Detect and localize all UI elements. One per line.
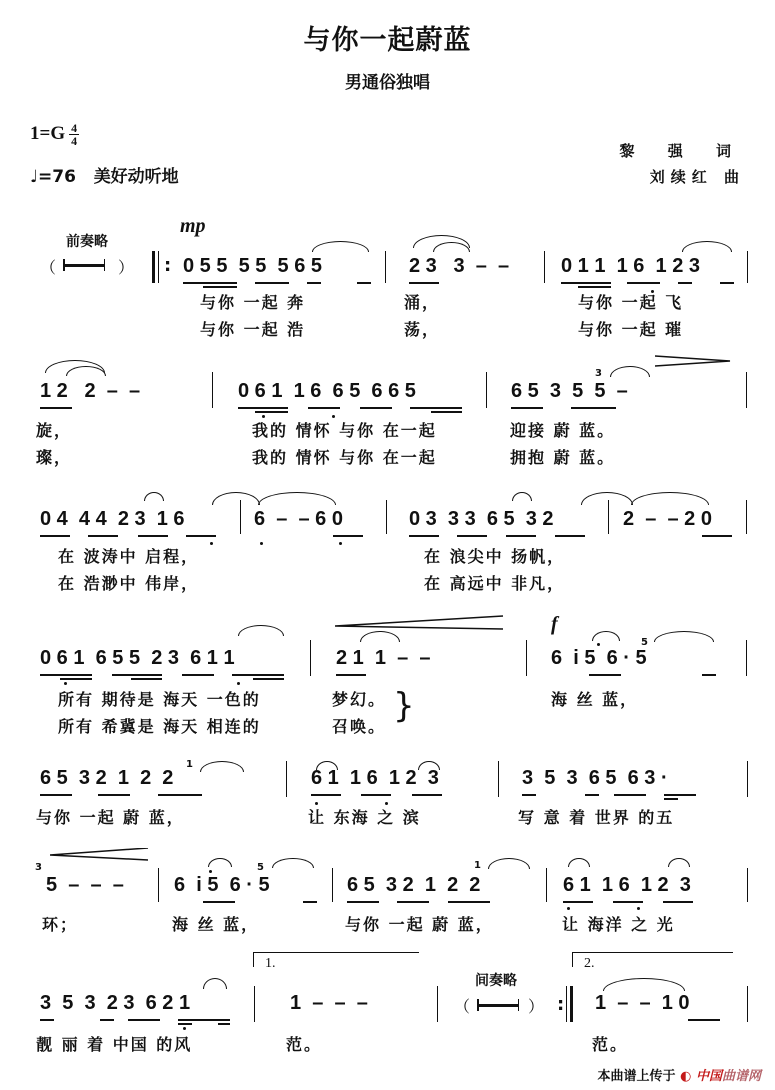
grace-note: 5: [641, 637, 648, 648]
score-row-6: 3 5 – – – 6 i 5 6 · 5 5 6 5 3 2 1 2 2 1 …: [0, 848, 775, 943]
score-row-5: 6 5 3 2 1 2 2 1 6 1 1 6 1 2 3 3 5 3 6 5 …: [0, 745, 775, 845]
lyrics-verse1: 与你 一起 飞: [578, 290, 683, 313]
watermark-text: 本曲谱上传于: [598, 1069, 676, 1084]
grace-note: 3: [595, 368, 602, 379]
lyrics-verse2: 在 浩渺中 伟岸，: [58, 571, 199, 594]
lyrics-verse2: 在 高远中 非凡，: [424, 571, 565, 594]
lyrics-verse1: 海 丝 蓝，: [551, 687, 638, 710]
song-title: 与你一起蔚蓝: [0, 18, 775, 57]
brand-a: 中国: [696, 1069, 722, 1084]
lyrics-verse1: 与你 一起 奔: [200, 290, 305, 313]
lyrics: 环；: [42, 912, 78, 935]
lyrics-verse2: 召唤。: [332, 714, 386, 737]
lyrics-verse1: 迎接 蔚 蓝。: [510, 418, 615, 441]
lyrics-verse2: 与你 一起 璀: [578, 317, 683, 340]
repeat-end-barline: [566, 986, 567, 1022]
measure-4: 1 2 2 – –: [40, 380, 140, 403]
measure-9: 0 3 3 3 6 5 3 2: [409, 508, 554, 531]
lyrics: 范。: [592, 1032, 628, 1055]
measure-10: 2 – – 2 0: [623, 508, 712, 531]
lyrics: 海 丝 蓝，: [172, 912, 259, 935]
measure-23: 1 – – 1 0: [595, 992, 690, 1015]
lyrics: 与你 一起 蔚 蓝，: [36, 805, 185, 828]
measure-7: 0 4 4 4 2 3 1 6: [40, 508, 185, 531]
measure-14: 6 5 3 2 1 2 2: [40, 767, 173, 790]
composer-credit: 刘续红 曲: [650, 166, 745, 187]
measure-19: 6 5 3 2 1 2 2: [347, 874, 480, 897]
measure-1: 0 5 5 5 5 5 6 5: [183, 255, 322, 278]
volta-2-bracket: [572, 952, 733, 967]
prelude-rest: （: [40, 255, 56, 278]
measure-13: 6 i 5 6 · 5: [551, 647, 647, 670]
measure-17: 5 – – –: [46, 874, 124, 897]
crescendo-hairpin: [50, 848, 150, 864]
song-subtitle: 男通俗独唱: [0, 68, 775, 93]
lyrics-verse2: 璨，: [36, 445, 72, 468]
time-signature: 44: [69, 122, 79, 147]
interlude-bar-icon: [477, 1004, 519, 1007]
volta-2-label: 2.: [584, 956, 595, 972]
lyrics: 让 东海 之 滨: [308, 805, 421, 828]
lyrics: 让 海洋 之 光: [562, 912, 675, 935]
lyrics: 靓 丽 着 中国 的风: [36, 1032, 192, 1055]
lyrics-verse2: 所有 希冀是 海天 相连的: [58, 714, 261, 737]
score-row-7: 1. 2. 3 5 3 2 3 6 2 1 1 – – – 间奏略 （ ） : …: [0, 948, 775, 1058]
measure-5: 0 6 1 1 6 6 5 6 6 5: [238, 380, 416, 403]
verse-brace: }: [393, 687, 415, 725]
measure-3: 0 1 1 1 6 1 2 3: [561, 255, 700, 278]
volta-1-label: 1.: [265, 956, 276, 972]
dynamic-mp: mp: [180, 215, 206, 238]
decrescendo-hairpin: [655, 355, 735, 369]
prelude-label: 前奏略: [66, 231, 108, 251]
source-watermark: 本曲谱上传于 ◐ 中国曲谱网: [598, 1065, 761, 1084]
repeat-start-barline: [152, 251, 155, 283]
measure-15: 6 1 1 6 1 2 3: [311, 767, 439, 790]
lyrics-verse2: 与你 一起 浩: [200, 317, 305, 340]
measure-12: 2 1 1 – –: [336, 647, 431, 670]
measure-8: 6 – – 6 0: [254, 508, 343, 531]
brand-b: 曲谱网: [722, 1069, 761, 1084]
measure-18: 6 i 5 6 · 5: [174, 874, 270, 897]
measure-11: 0 6 1 6 5 5 2 3 6 1 1: [40, 647, 235, 670]
measure-21: 3 5 3 2 3 6 2 1: [40, 992, 190, 1015]
grace-note: 1: [186, 759, 193, 770]
measure-2: 2 3 3 – –: [409, 255, 509, 278]
lyrics: 写 意 着 世界 的五: [518, 805, 674, 828]
lyrics-verse2: 我的 情怀 与你 在一起: [252, 445, 437, 468]
lyrics-verse1: 旋，: [36, 418, 72, 441]
measure-22: 1 – – –: [290, 992, 368, 1015]
lyrics-verse1: 所有 期待是 海天 一色的: [58, 687, 261, 710]
lyrics: 与你 一起 蔚 蓝，: [345, 912, 494, 935]
lyricist-credit: 黎 强 词: [620, 140, 745, 161]
expression-text: 美好动听地: [94, 167, 179, 187]
lyrics-verse1: 在 波涛中 启程，: [58, 544, 199, 567]
lyrics-verse1: 涌，: [404, 290, 440, 313]
lyrics-verse1: 在 浪尖中 扬帆，: [424, 544, 565, 567]
lyrics-verse2: 拥抱 蔚 蓝。: [510, 445, 615, 468]
crescendo-hairpin: [335, 615, 505, 631]
key-signature: 1=G44: [30, 122, 79, 147]
lyrics-verse1: 我的 情怀 与你 在一起: [252, 418, 437, 441]
dynamic-f: f: [551, 613, 558, 636]
key-label: 1=G: [30, 123, 65, 144]
volta-1-bracket: [253, 952, 419, 967]
score-row-4: 0 6 1 6 5 5 2 3 6 1 1 2 1 1 – – f 6 i 5 …: [0, 605, 775, 740]
repeat-dots: :: [164, 255, 171, 276]
repeat-dots: :: [557, 994, 564, 1015]
lyrics-verse1: 梦幻。: [332, 687, 386, 710]
lyrics: 范。: [286, 1032, 322, 1055]
tempo-value: ♩=76: [30, 167, 76, 187]
tempo-marking: ♩=76 美好动听地: [30, 162, 179, 187]
score-row-1: 前奏略 （ ） mp : 0 5 5 5 5 5 6 5 2 3 3 – – 0…: [0, 215, 775, 345]
site-logo-icon: ◐: [680, 1069, 691, 1084]
measure-6: 6 5 3 5 5 –: [511, 380, 628, 403]
score-row-3: 0 4 4 4 2 3 1 6 6 – – 6 0 0 3 3 3 6 5 3 …: [0, 480, 775, 600]
lyrics-verse2: 荡，: [404, 317, 440, 340]
measure-20: 6 1 1 6 1 2 3: [563, 874, 691, 897]
interlude-label: 间奏略: [475, 970, 517, 990]
score-row-2: 1 2 2 – – 0 6 1 1 6 6 5 6 6 5 6 5 3 5 5 …: [0, 350, 775, 475]
prelude-bar-icon: [63, 264, 105, 267]
measure-16: 3 5 3 6 5 6 3 ·: [522, 767, 668, 790]
